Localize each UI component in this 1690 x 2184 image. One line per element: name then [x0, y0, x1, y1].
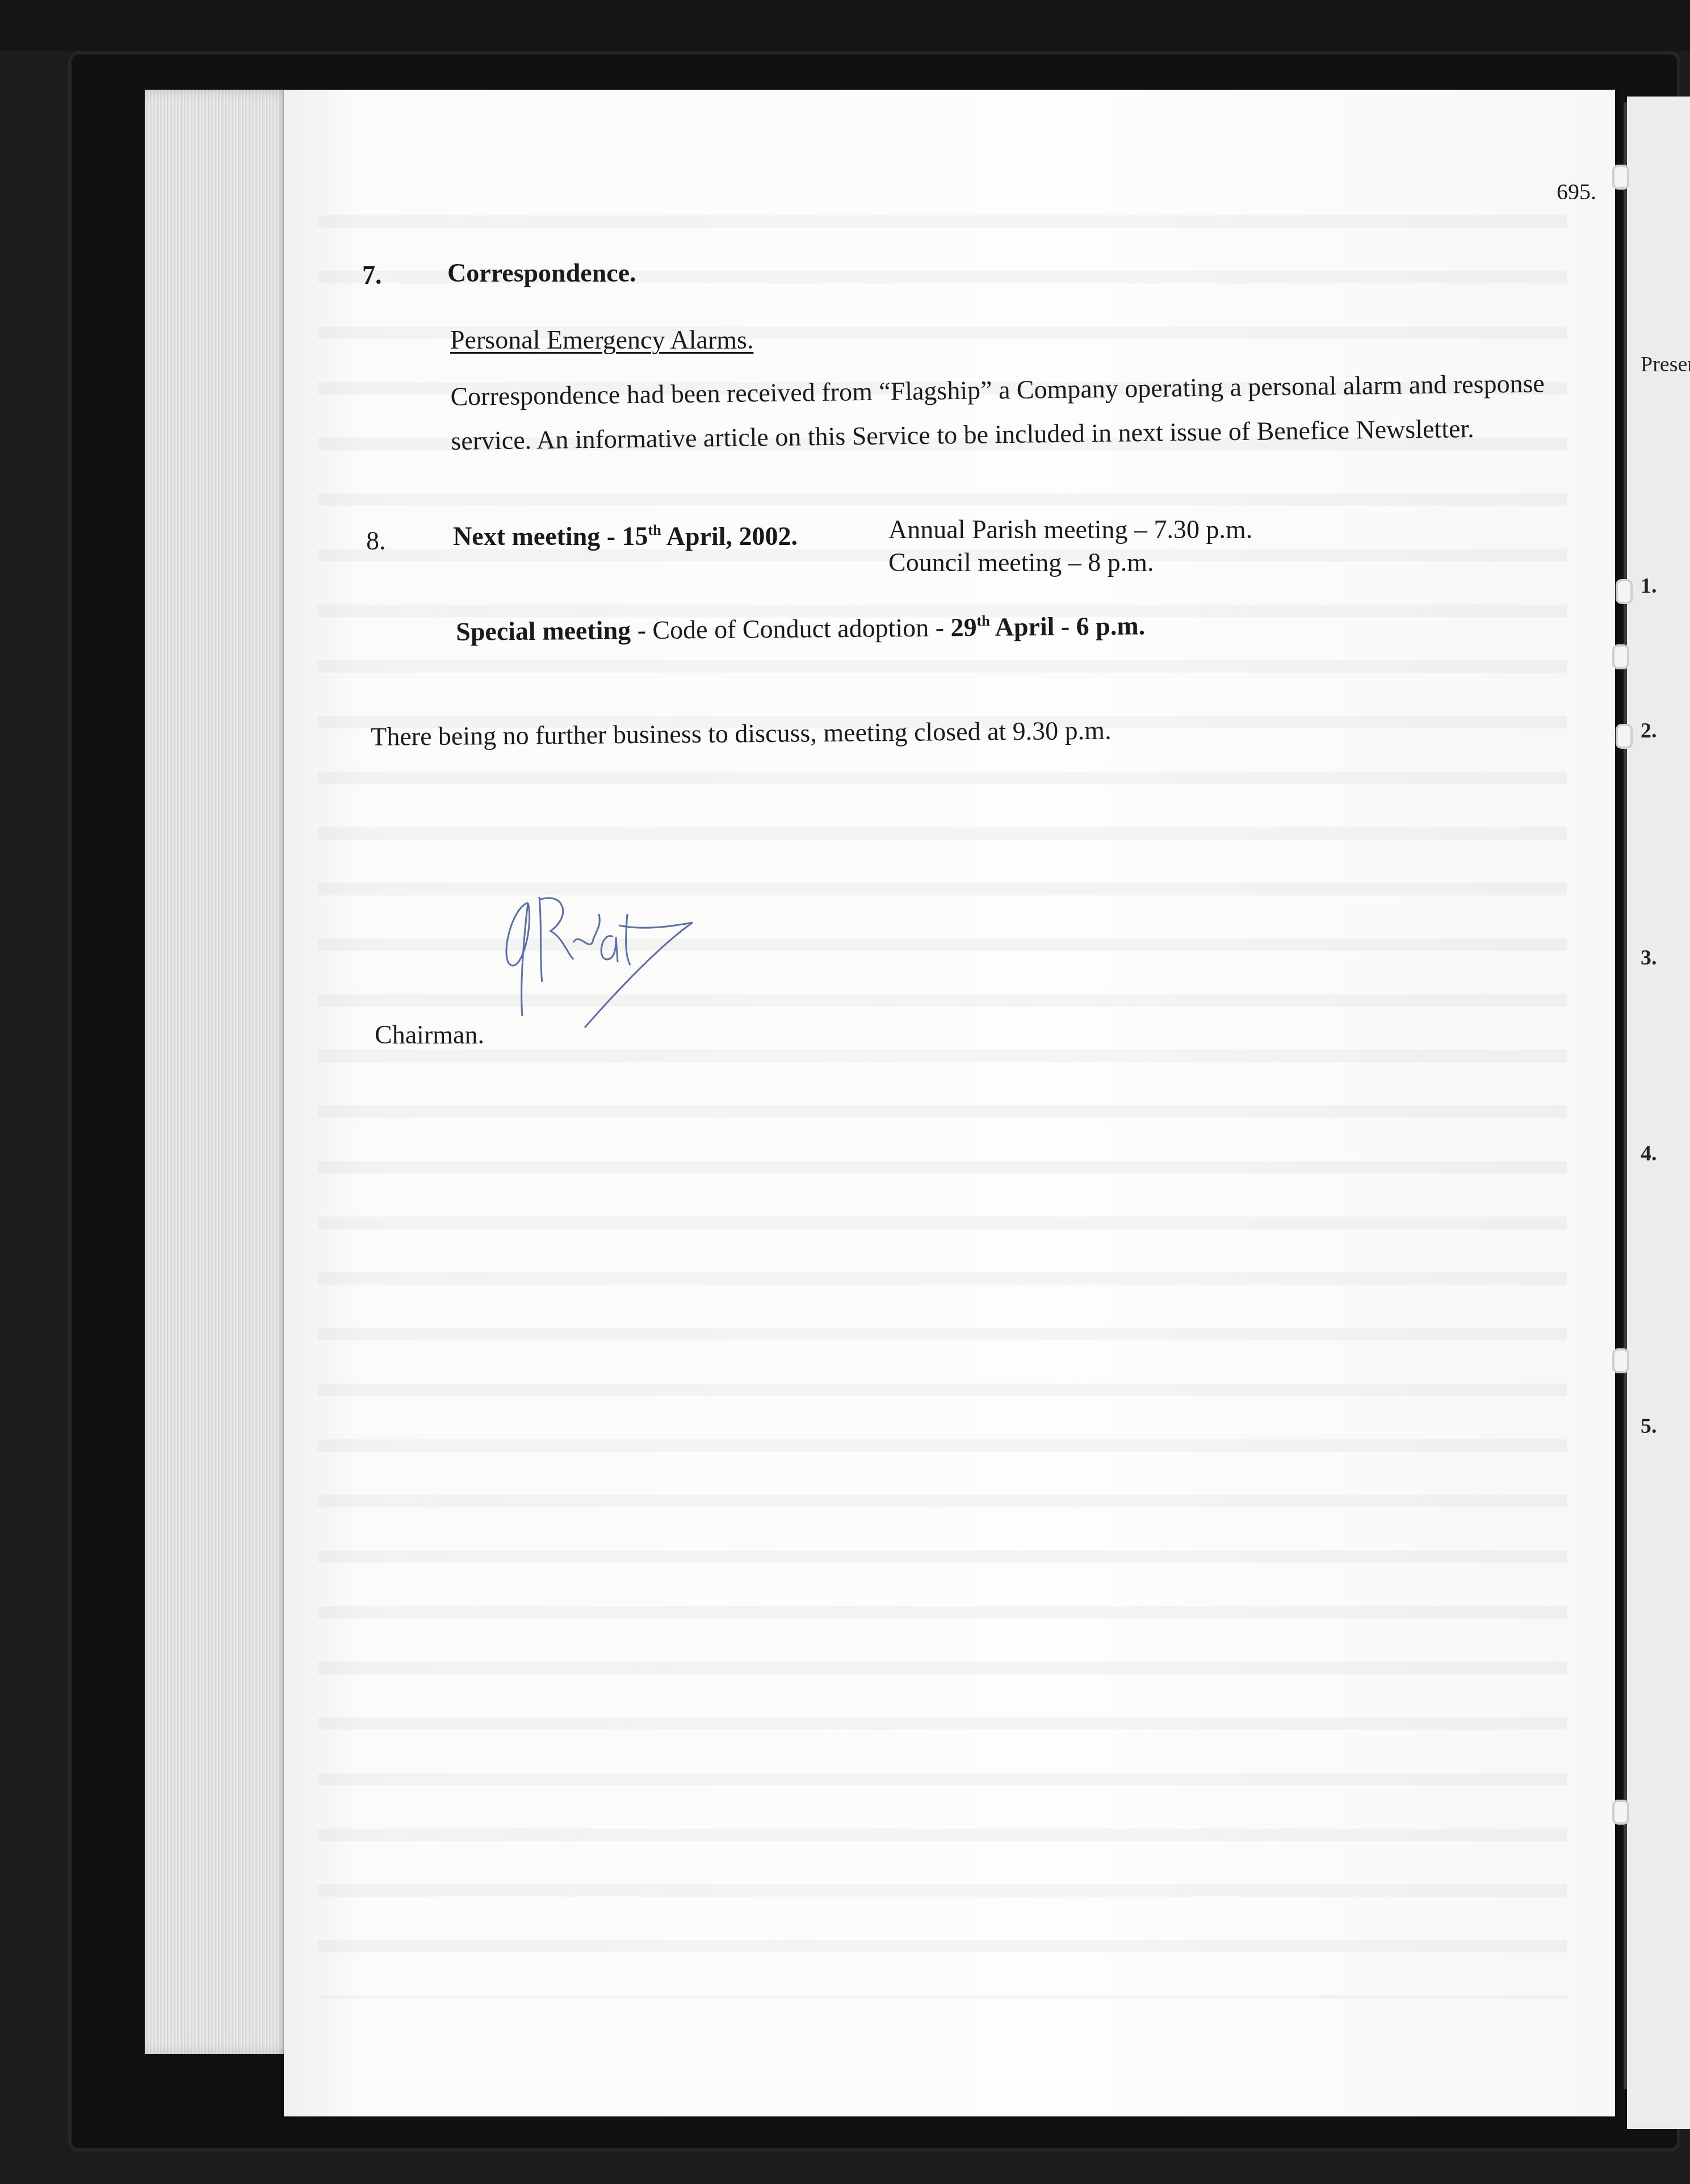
item-8-title: Next meeting - 15th April, 2002. — [453, 523, 798, 550]
binder-ring-icon — [1612, 1800, 1629, 1825]
council-meeting-time: Council meeting – 8 p.m. — [888, 550, 1154, 576]
closing-statement: There being no further business to discu… — [371, 718, 1112, 750]
binder-ring-icon — [1616, 579, 1633, 604]
adjacent-item-number: 2. — [1641, 718, 1657, 743]
item-7-title: Correspondence. — [447, 260, 636, 286]
item-7-body: Correspondence had been received from “F… — [450, 361, 1587, 463]
chairman-signature — [494, 891, 744, 1039]
binder-ring-icon — [1612, 1348, 1629, 1373]
adjacent-item-number: 5. — [1641, 1414, 1657, 1439]
adjacent-page[interactable] — [1627, 97, 1690, 2129]
adjacent-page-heading: Presen — [1641, 352, 1690, 377]
binder-ring-icon — [1612, 165, 1629, 190]
item-7-subheading: Personal Emergency Alarms. — [450, 327, 753, 353]
item-8-number: 8. — [366, 528, 386, 554]
adjacent-item-number: 3. — [1641, 945, 1657, 970]
adjacent-item-number: 1. — [1641, 573, 1657, 598]
item-7-number: 7. — [362, 262, 382, 288]
binder-top — [0, 0, 1690, 51]
adjacent-item-number: 4. — [1641, 1141, 1657, 1166]
signatory-title: Chairman. — [375, 1022, 484, 1048]
page-spine — [1624, 102, 1627, 2089]
page-number: 695. — [1557, 181, 1596, 203]
annual-parish-meeting-time: Annual Parish meeting – 7.30 p.m. — [888, 517, 1252, 543]
page-stack-edges — [145, 90, 292, 2054]
binder-ring-icon — [1616, 724, 1633, 749]
binder-ring-icon — [1612, 644, 1629, 669]
special-meeting: Special meeting - Code of Conduct adopti… — [456, 613, 1145, 645]
